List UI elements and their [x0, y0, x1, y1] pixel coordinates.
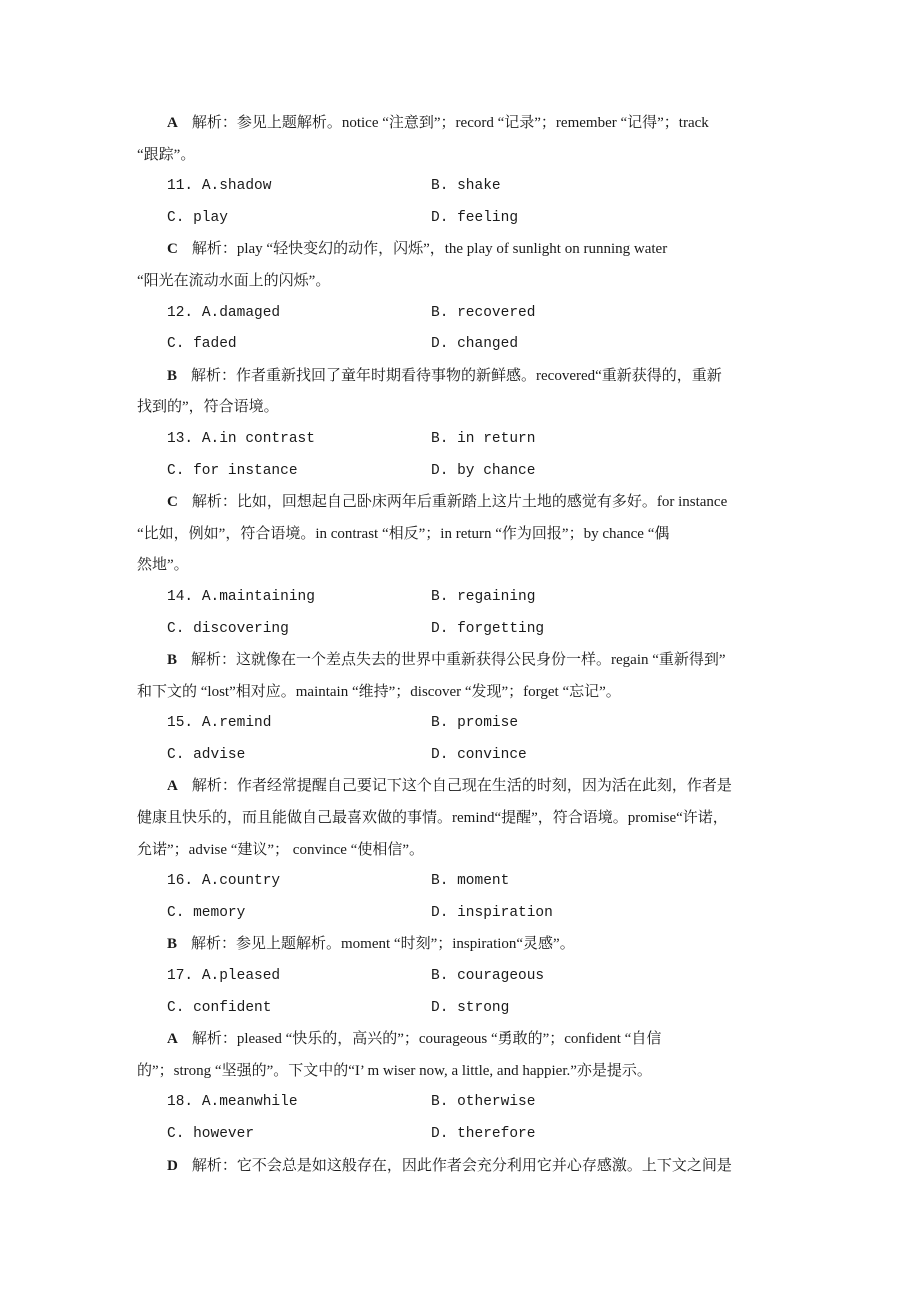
question-14-row-ab: 14. A.maintainingB. regaining	[137, 582, 817, 614]
explanation-text: 解析：pleased “快乐的，高兴的”；courageous “勇敢的”；co…	[192, 1031, 661, 1047]
option-c: C. however	[167, 1119, 254, 1151]
explanation-text: 解析：它不会总是如这般存在，因此作者会充分利用它并心存感激。上下文之间是	[192, 1158, 732, 1174]
explanation-text: 解析：play “轻快变幻的动作，闪烁”，the play of sunligh…	[192, 241, 667, 257]
option-a: 15. A.remind	[167, 708, 271, 740]
explanation-line: “比如，例如”，符合语境。in contrast “相反”；in return …	[137, 519, 817, 551]
option-a: 13. A.in contrast	[167, 424, 315, 456]
option-b: B. otherwise	[431, 1087, 535, 1119]
question-number: 13.	[167, 431, 193, 447]
question-12-row-cd: C. fadedD. changed	[137, 329, 817, 361]
explanation-line: 健康且快乐的，而且能做自己最喜欢做的事情。remind“提醒”，符合语境。pro…	[137, 803, 817, 835]
explanation-line: C解析：比如，回想起自己卧床两年后重新踏上这片土地的感觉有多好。for inst…	[137, 487, 817, 519]
explanation-text: 然地”。	[137, 557, 189, 573]
question-number: 14.	[167, 589, 193, 605]
option-a: 16. A.country	[167, 866, 280, 898]
option-b: B. shake	[431, 171, 501, 203]
option-d: D. by chance	[431, 456, 535, 488]
explanation-line: B解析：这就像在一个差点失去的世界中重新获得公民身份一样。regain “重新得…	[137, 645, 817, 677]
explanation-text: 解析：作者经常提醒自己要记下这个自己现在生活的时刻，因为活在此刻，作者是	[192, 778, 732, 794]
option-d: D. feeling	[431, 203, 518, 235]
option-a-text: A.damaged	[202, 305, 280, 321]
explanation-text: 的”；strong “坚强的”。下文中的“I’ m wiser now, a l…	[137, 1063, 652, 1079]
option-a-text: A.remind	[202, 715, 272, 731]
explanation-text: “比如，例如”，符合语境。in contrast “相反”；in return …	[137, 526, 669, 542]
answer-letter: C	[167, 241, 178, 257]
option-c: C. memory	[167, 898, 245, 930]
explanation-text: “阳光在流动水面上的闪烁”。	[137, 273, 330, 289]
explanation-line: A解析：pleased “快乐的，高兴的”；courageous “勇敢的”；c…	[137, 1024, 817, 1056]
option-b: B. recovered	[431, 298, 535, 330]
explanation-text: 找到的”，符合语境。	[137, 399, 279, 415]
option-b: B. courageous	[431, 961, 544, 993]
answer-letter: D	[167, 1158, 178, 1174]
question-number: 15.	[167, 715, 193, 731]
question-17-row-ab: 17. A.pleasedB. courageous	[137, 961, 817, 993]
explanation-text: 健康且快乐的，而且能做自己最喜欢做的事情。remind“提醒”，符合语境。pro…	[137, 810, 728, 826]
explanation-text: 解析：作者重新找回了童年时期看待事物的新鲜感。recovered“重新获得的，重…	[191, 368, 722, 384]
option-b: B. promise	[431, 708, 518, 740]
explanation-text: 和下文的 “lost”相对应。maintain “维持”；discover “发…	[137, 684, 621, 700]
question-number: 16.	[167, 873, 193, 889]
option-a-text: A.pleased	[202, 968, 280, 984]
option-b: B. moment	[431, 866, 509, 898]
option-a: 14. A.maintaining	[167, 582, 315, 614]
explanation-line: C解析：play “轻快变幻的动作，闪烁”，the play of sunlig…	[137, 234, 817, 266]
explanation-line: B解析：作者重新找回了童年时期看待事物的新鲜感。recovered“重新获得的，…	[137, 361, 817, 393]
question-number: 11.	[167, 178, 193, 194]
question-14-row-cd: C. discoveringD. forgetting	[137, 614, 817, 646]
explanation-line: 然地”。	[137, 550, 817, 582]
option-c: C. faded	[167, 329, 237, 361]
option-a: 18. A.meanwhile	[167, 1087, 298, 1119]
question-12-row-ab: 12. A.damagedB. recovered	[137, 298, 817, 330]
option-d: D. strong	[431, 993, 509, 1025]
answer-letter: A	[167, 1031, 178, 1047]
option-c: C. confident	[167, 993, 271, 1025]
question-13-row-cd: C. for instanceD. by chance	[137, 456, 817, 488]
option-c: C. advise	[167, 740, 245, 772]
explanation-line: 和下文的 “lost”相对应。maintain “维持”；discover “发…	[137, 677, 817, 709]
question-18-row-cd: C. howeverD. therefore	[137, 1119, 817, 1151]
explanation-text: “跟踪”。	[137, 147, 195, 163]
question-number: 12.	[167, 305, 193, 321]
option-a-text: A.meanwhile	[202, 1094, 298, 1110]
option-c: C. for instance	[167, 456, 298, 488]
explanation-line: D解析：它不会总是如这般存在，因此作者会充分利用它并心存感激。上下文之间是	[137, 1151, 817, 1183]
question-13-row-ab: 13. A.in contrastB. in return	[137, 424, 817, 456]
question-15-row-ab: 15. A.remindB. promise	[137, 708, 817, 740]
explanation-line: 找到的”，符合语境。	[137, 392, 817, 424]
explanation-line: A解析：作者经常提醒自己要记下这个自己现在生活的时刻，因为活在此刻，作者是	[137, 771, 817, 803]
explanation-text: 允诺”；advise “建议”； convince “使相信”。	[137, 842, 424, 858]
option-c: C. discovering	[167, 614, 289, 646]
option-d: D. therefore	[431, 1119, 535, 1151]
option-a: 12. A.damaged	[167, 298, 280, 330]
option-b: B. in return	[431, 424, 535, 456]
option-b: B. regaining	[431, 582, 535, 614]
option-a-text: A.maintaining	[202, 589, 315, 605]
answer-letter: B	[167, 652, 177, 668]
document-page: A解析：参见上题解析。notice “注意到”；record “记录”；reme…	[137, 108, 817, 1182]
answer-letter: C	[167, 494, 178, 510]
answer-letter: B	[167, 936, 177, 952]
question-11-row-cd: C. playD. feeling	[137, 203, 817, 235]
option-a-text: A.in contrast	[202, 431, 315, 447]
explanation-text: 解析：这就像在一个差点失去的世界中重新获得公民身份一样。regain “重新得到…	[191, 652, 726, 668]
option-a-text: A.country	[202, 873, 280, 889]
explanation-text: 解析：比如，回想起自己卧床两年后重新踏上这片土地的感觉有多好。for insta…	[192, 494, 727, 510]
option-d: D. convince	[431, 740, 527, 772]
question-18-row-ab: 18. A.meanwhileB. otherwise	[137, 1087, 817, 1119]
answer-letter: B	[167, 368, 177, 384]
question-11-row-ab: 11. A.shadowB. shake	[137, 171, 817, 203]
question-16-row-cd: C. memoryD. inspiration	[137, 898, 817, 930]
answer-letter: A	[167, 778, 178, 794]
explanation-line: “跟踪”。	[137, 140, 817, 172]
option-c: C. play	[167, 203, 228, 235]
explanation-text: 解析：参见上题解析。notice “注意到”；record “记录”；remem…	[192, 115, 709, 131]
explanation-line: “阳光在流动水面上的闪烁”。	[137, 266, 817, 298]
question-17-row-cd: C. confidentD. strong	[137, 993, 817, 1025]
explanation-line: A解析：参见上题解析。notice “注意到”；record “记录”；reme…	[137, 108, 817, 140]
answer-letter: A	[167, 115, 178, 131]
option-d: D. forgetting	[431, 614, 544, 646]
question-15-row-cd: C. adviseD. convince	[137, 740, 817, 772]
explanation-line: B解析：参见上题解析。moment “时刻”；inspiration“灵感”。	[137, 929, 817, 961]
question-16-row-ab: 16. A.countryB. moment	[137, 866, 817, 898]
option-a-text: A.shadow	[202, 178, 272, 194]
option-d: D. changed	[431, 329, 518, 361]
explanation-line: 允诺”；advise “建议”； convince “使相信”。	[137, 835, 817, 867]
question-number: 18.	[167, 1094, 193, 1110]
explanation-text: 解析：参见上题解析。moment “时刻”；inspiration“灵感”。	[191, 936, 575, 952]
question-number: 17.	[167, 968, 193, 984]
option-a: 11. A.shadow	[167, 171, 271, 203]
option-a: 17. A.pleased	[167, 961, 280, 993]
explanation-line: 的”；strong “坚强的”。下文中的“I’ m wiser now, a l…	[137, 1056, 817, 1088]
option-d: D. inspiration	[431, 898, 553, 930]
